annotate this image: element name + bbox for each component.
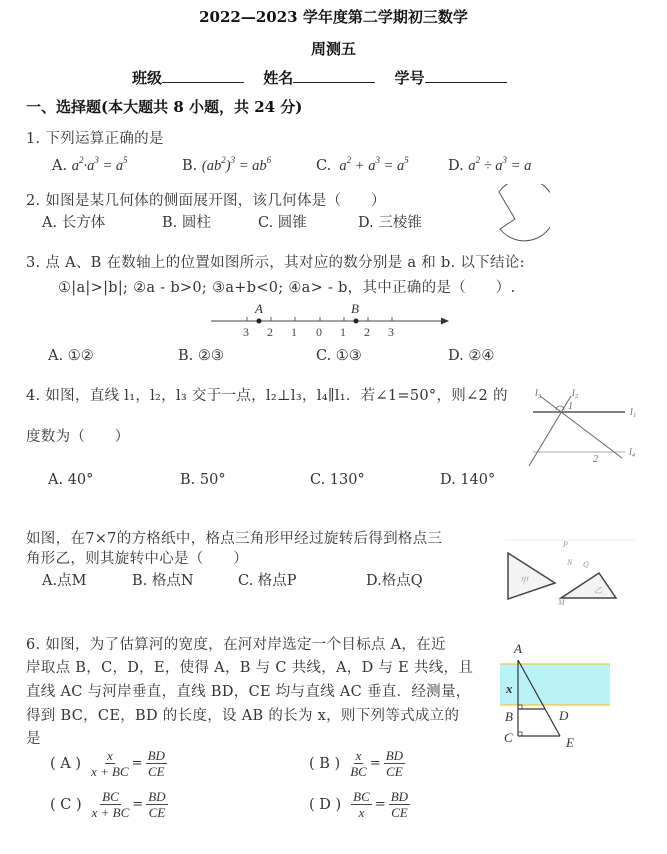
option-text: 圆柱 xyxy=(182,215,211,231)
question-6-line4: 得到 BC，CE，BD 的长度，设 AB 的长为 x，则下列等式成立的 xyxy=(26,704,459,725)
q6-option-a[interactable]: ( A ) xx + BC=BDCE xyxy=(50,748,167,779)
svg-text:l₂: l₂ xyxy=(572,388,579,399)
option-text: ②④ xyxy=(468,348,494,364)
option-text: 三棱锥 xyxy=(378,215,422,231)
option-text: ①② xyxy=(68,348,94,364)
svg-text:E: E xyxy=(565,735,574,748)
option-text: 圆锥 xyxy=(278,215,307,231)
q2-option-b[interactable]: B. 圆柱 xyxy=(162,211,211,232)
fraction-right: BDCE xyxy=(389,789,410,820)
option-text: 长方体 xyxy=(62,215,106,231)
svg-text:1: 1 xyxy=(340,325,346,339)
option-text: 130° xyxy=(330,472,365,488)
q6-option-d[interactable]: ( D ) BCx=BDCE xyxy=(309,789,410,820)
option-label: ( B ) xyxy=(309,756,340,772)
svg-text:2: 2 xyxy=(364,325,370,339)
q2-option-d[interactable]: D. 三棱锥 xyxy=(358,211,422,232)
q3-option-a[interactable]: A. ①② xyxy=(48,348,94,364)
question-4: 4. 如图，直线 l₁，l₂，l₃ 交于一点，l₂⊥l₃，l₄∥l₁．若∠1=5… xyxy=(26,384,508,405)
question-5-line2: 角形乙，则其旋转中心是（ ） xyxy=(26,547,248,568)
q4-option-a[interactable]: A. 40° xyxy=(48,472,93,488)
svg-text:l₁: l₁ xyxy=(630,407,636,418)
svg-text:B: B xyxy=(505,709,513,724)
svg-text:3: 3 xyxy=(243,325,249,339)
option-label: D. xyxy=(440,472,456,488)
option-label: B. xyxy=(178,348,193,364)
student-id-label: 学号 xyxy=(395,69,425,87)
svg-text:N: N xyxy=(566,558,573,567)
svg-text:3: 3 xyxy=(388,325,394,339)
question-4-line2: 度数为（ ） xyxy=(26,425,130,446)
option-label: D. xyxy=(358,215,374,231)
option-expr: a2 ÷ a3 = a xyxy=(468,158,531,174)
fraction-left: BCx xyxy=(351,789,372,820)
svg-text:C: C xyxy=(504,730,513,745)
q1-option-a[interactable]: A. a2·a3 = a5 xyxy=(52,155,128,175)
question-6-line5: 是 xyxy=(26,727,41,748)
q1-option-c[interactable]: C. a2 + a3 = a5 xyxy=(316,155,409,175)
q6-river-figure: A x B D C E xyxy=(500,638,620,748)
name-label: 姓名 xyxy=(263,69,293,87)
question-number: 3. xyxy=(26,255,40,271)
option-label: D. xyxy=(366,573,382,589)
question-6-line1: 6. 如图，为了估算河的宽度，在河对岸选定一个目标点 A，在近 xyxy=(26,633,446,654)
option-label: C. xyxy=(258,215,273,231)
option-label: B. xyxy=(180,472,195,488)
student-id-field[interactable] xyxy=(425,68,507,83)
name-field[interactable] xyxy=(293,68,375,83)
option-label: B. xyxy=(132,573,147,589)
q4-lines-figure: l₃ l₂ l₁ l₄ 1 2 xyxy=(525,388,655,468)
question-stem: 下列运算正确的是 xyxy=(45,131,163,147)
question-stem: 点 A、B 在数轴上的位置如图所示，其对应的数分别是 a 和 b. 以下结论: xyxy=(45,255,524,271)
option-label: A. xyxy=(42,215,57,231)
question-1: 1. 下列运算正确的是 xyxy=(26,127,164,148)
fraction-right: BDCE xyxy=(384,748,405,779)
point-a-label: A xyxy=(254,301,263,316)
question-5: 如图，在7×7的方格纸中，格点三角形甲经过旋转后得到格点三 xyxy=(26,527,442,548)
option-label: ( A ) xyxy=(50,756,81,772)
option-label: A. xyxy=(42,573,57,589)
section-title: 一、选择题(本大题共 8 小题，共 24 分) xyxy=(26,96,302,117)
q5-grid-figure: P N Q M 甲 乙 xyxy=(505,535,635,610)
svg-text:Q: Q xyxy=(583,560,589,569)
q5-option-d[interactable]: D.格点Q xyxy=(366,569,423,590)
q4-option-c[interactable]: C. 130° xyxy=(310,472,365,488)
fraction-right: BDCE xyxy=(146,789,167,820)
svg-text:x: x xyxy=(505,681,513,696)
q5-option-c[interactable]: C. 格点P xyxy=(238,569,297,590)
option-label: B. xyxy=(182,158,197,174)
option-label: C. xyxy=(238,573,253,589)
q5-option-a[interactable]: A.点M xyxy=(42,569,86,590)
info-fields: 班级 姓名 学号 xyxy=(132,67,521,88)
option-label: A. xyxy=(48,348,63,364)
svg-text:甲: 甲 xyxy=(520,576,529,585)
option-label: ( C ) xyxy=(50,797,82,813)
svg-text:2: 2 xyxy=(593,454,598,465)
question-number: 1. xyxy=(26,131,40,147)
option-expr: a2 + a3 = a5 xyxy=(336,158,409,174)
svg-text:A: A xyxy=(513,641,522,656)
class-field[interactable] xyxy=(162,68,244,83)
fraction-left: BCx + BC xyxy=(92,789,130,820)
option-label: C. xyxy=(310,472,325,488)
svg-text:1: 1 xyxy=(291,325,297,339)
option-expr: a2·a3 = a5 xyxy=(72,158,128,174)
option-label: C. xyxy=(316,348,331,364)
option-label: D. xyxy=(448,348,464,364)
page-title: 2022—2023 学年度第二学期初三数学 xyxy=(0,6,667,27)
svg-text:M: M xyxy=(557,598,566,607)
fraction-left: xBC xyxy=(350,748,367,779)
option-label: A. xyxy=(52,158,67,174)
option-label: B. xyxy=(162,215,177,231)
option-label: D. xyxy=(448,158,464,174)
option-text: 格点P xyxy=(258,573,297,589)
svg-text:1: 1 xyxy=(568,401,573,412)
q3-option-b[interactable]: B. ②③ xyxy=(178,348,224,364)
question-stem: 如图是某几何体的侧面展开图，该几何体是（ ） xyxy=(45,193,385,209)
q2-option-a[interactable]: A. 长方体 xyxy=(42,211,105,232)
question-2: 2. 如图是某几何体的侧面展开图，该几何体是（ ） xyxy=(26,189,386,210)
option-label: C. xyxy=(316,158,331,174)
svg-text:乙: 乙 xyxy=(594,586,602,595)
q3-option-d[interactable]: D. ②④ xyxy=(448,348,494,364)
question-6-line3: 直线 AC 与河岸垂直，直线 BD，CE 均与直线 AC 垂直．经测量， xyxy=(26,680,471,701)
question-stem: 如图，直线 l₁，l₂，l₃ 交于一点，l₂⊥l₃，l₄∥l₁．若∠1=50°，… xyxy=(45,388,507,404)
question-number: 2. xyxy=(26,193,40,209)
q6-option-b[interactable]: ( B ) xBC=BDCE xyxy=(309,748,405,779)
class-label: 班级 xyxy=(132,69,162,87)
q6-option-c[interactable]: ( C ) BCx + BC=BDCE xyxy=(50,789,168,820)
fraction-left: xx + BC xyxy=(91,748,129,779)
question-6-line2: 岸取点 B，C，D，E，使得 A，B 与 C 共线，A，D 与 E 共线，且 xyxy=(26,656,473,677)
svg-text:l₃: l₃ xyxy=(535,388,542,399)
question-3: 3. 点 A、B 在数轴上的位置如图所示，其对应的数分别是 a 和 b. 以下结… xyxy=(26,251,525,272)
q3-option-c[interactable]: C. ①③ xyxy=(316,348,362,364)
option-label: A. xyxy=(48,472,63,488)
svg-text:D: D xyxy=(558,708,569,723)
q5-option-b[interactable]: B. 格点N xyxy=(132,569,194,590)
q4-option-b[interactable]: B. 50° xyxy=(180,472,226,488)
point-b-label: B xyxy=(351,301,359,316)
page-subtitle: 周测五 xyxy=(0,38,667,59)
svg-text:P: P xyxy=(562,540,568,549)
q1-option-d[interactable]: D. a2 ÷ a3 = a xyxy=(448,155,531,175)
fraction-right: BDCE xyxy=(146,748,167,779)
option-text: 格点Q xyxy=(382,573,423,589)
option-text: 点M xyxy=(57,573,86,589)
svg-text:2: 2 xyxy=(267,325,273,339)
question-number: 4. xyxy=(26,388,40,404)
svg-text:l₄: l₄ xyxy=(629,447,636,458)
option-text: ②③ xyxy=(198,348,224,364)
q1-option-b[interactable]: B. (ab2)3 = ab6 xyxy=(182,155,271,175)
option-text: ①③ xyxy=(336,348,362,364)
sector-icon xyxy=(480,184,550,254)
svg-text:0: 0 xyxy=(316,325,322,339)
option-label: ( D ) xyxy=(309,797,341,813)
question-3-conclusions: ①|a|>|b|; ②a - b>0; ③a+b<0; ④a> - b，其中正确… xyxy=(58,276,515,297)
q2-option-c[interactable]: C. 圆锥 xyxy=(258,211,307,232)
option-text: 140° xyxy=(460,472,495,488)
option-expr: (ab2)3 = ab6 xyxy=(202,158,271,174)
q4-option-d[interactable]: D. 140° xyxy=(440,472,495,488)
option-text: 50° xyxy=(200,472,226,488)
number-line: A B 3 2 1 0 1 2 3 xyxy=(205,298,455,340)
option-text: 格点N xyxy=(152,573,194,589)
option-text: 40° xyxy=(68,472,94,488)
